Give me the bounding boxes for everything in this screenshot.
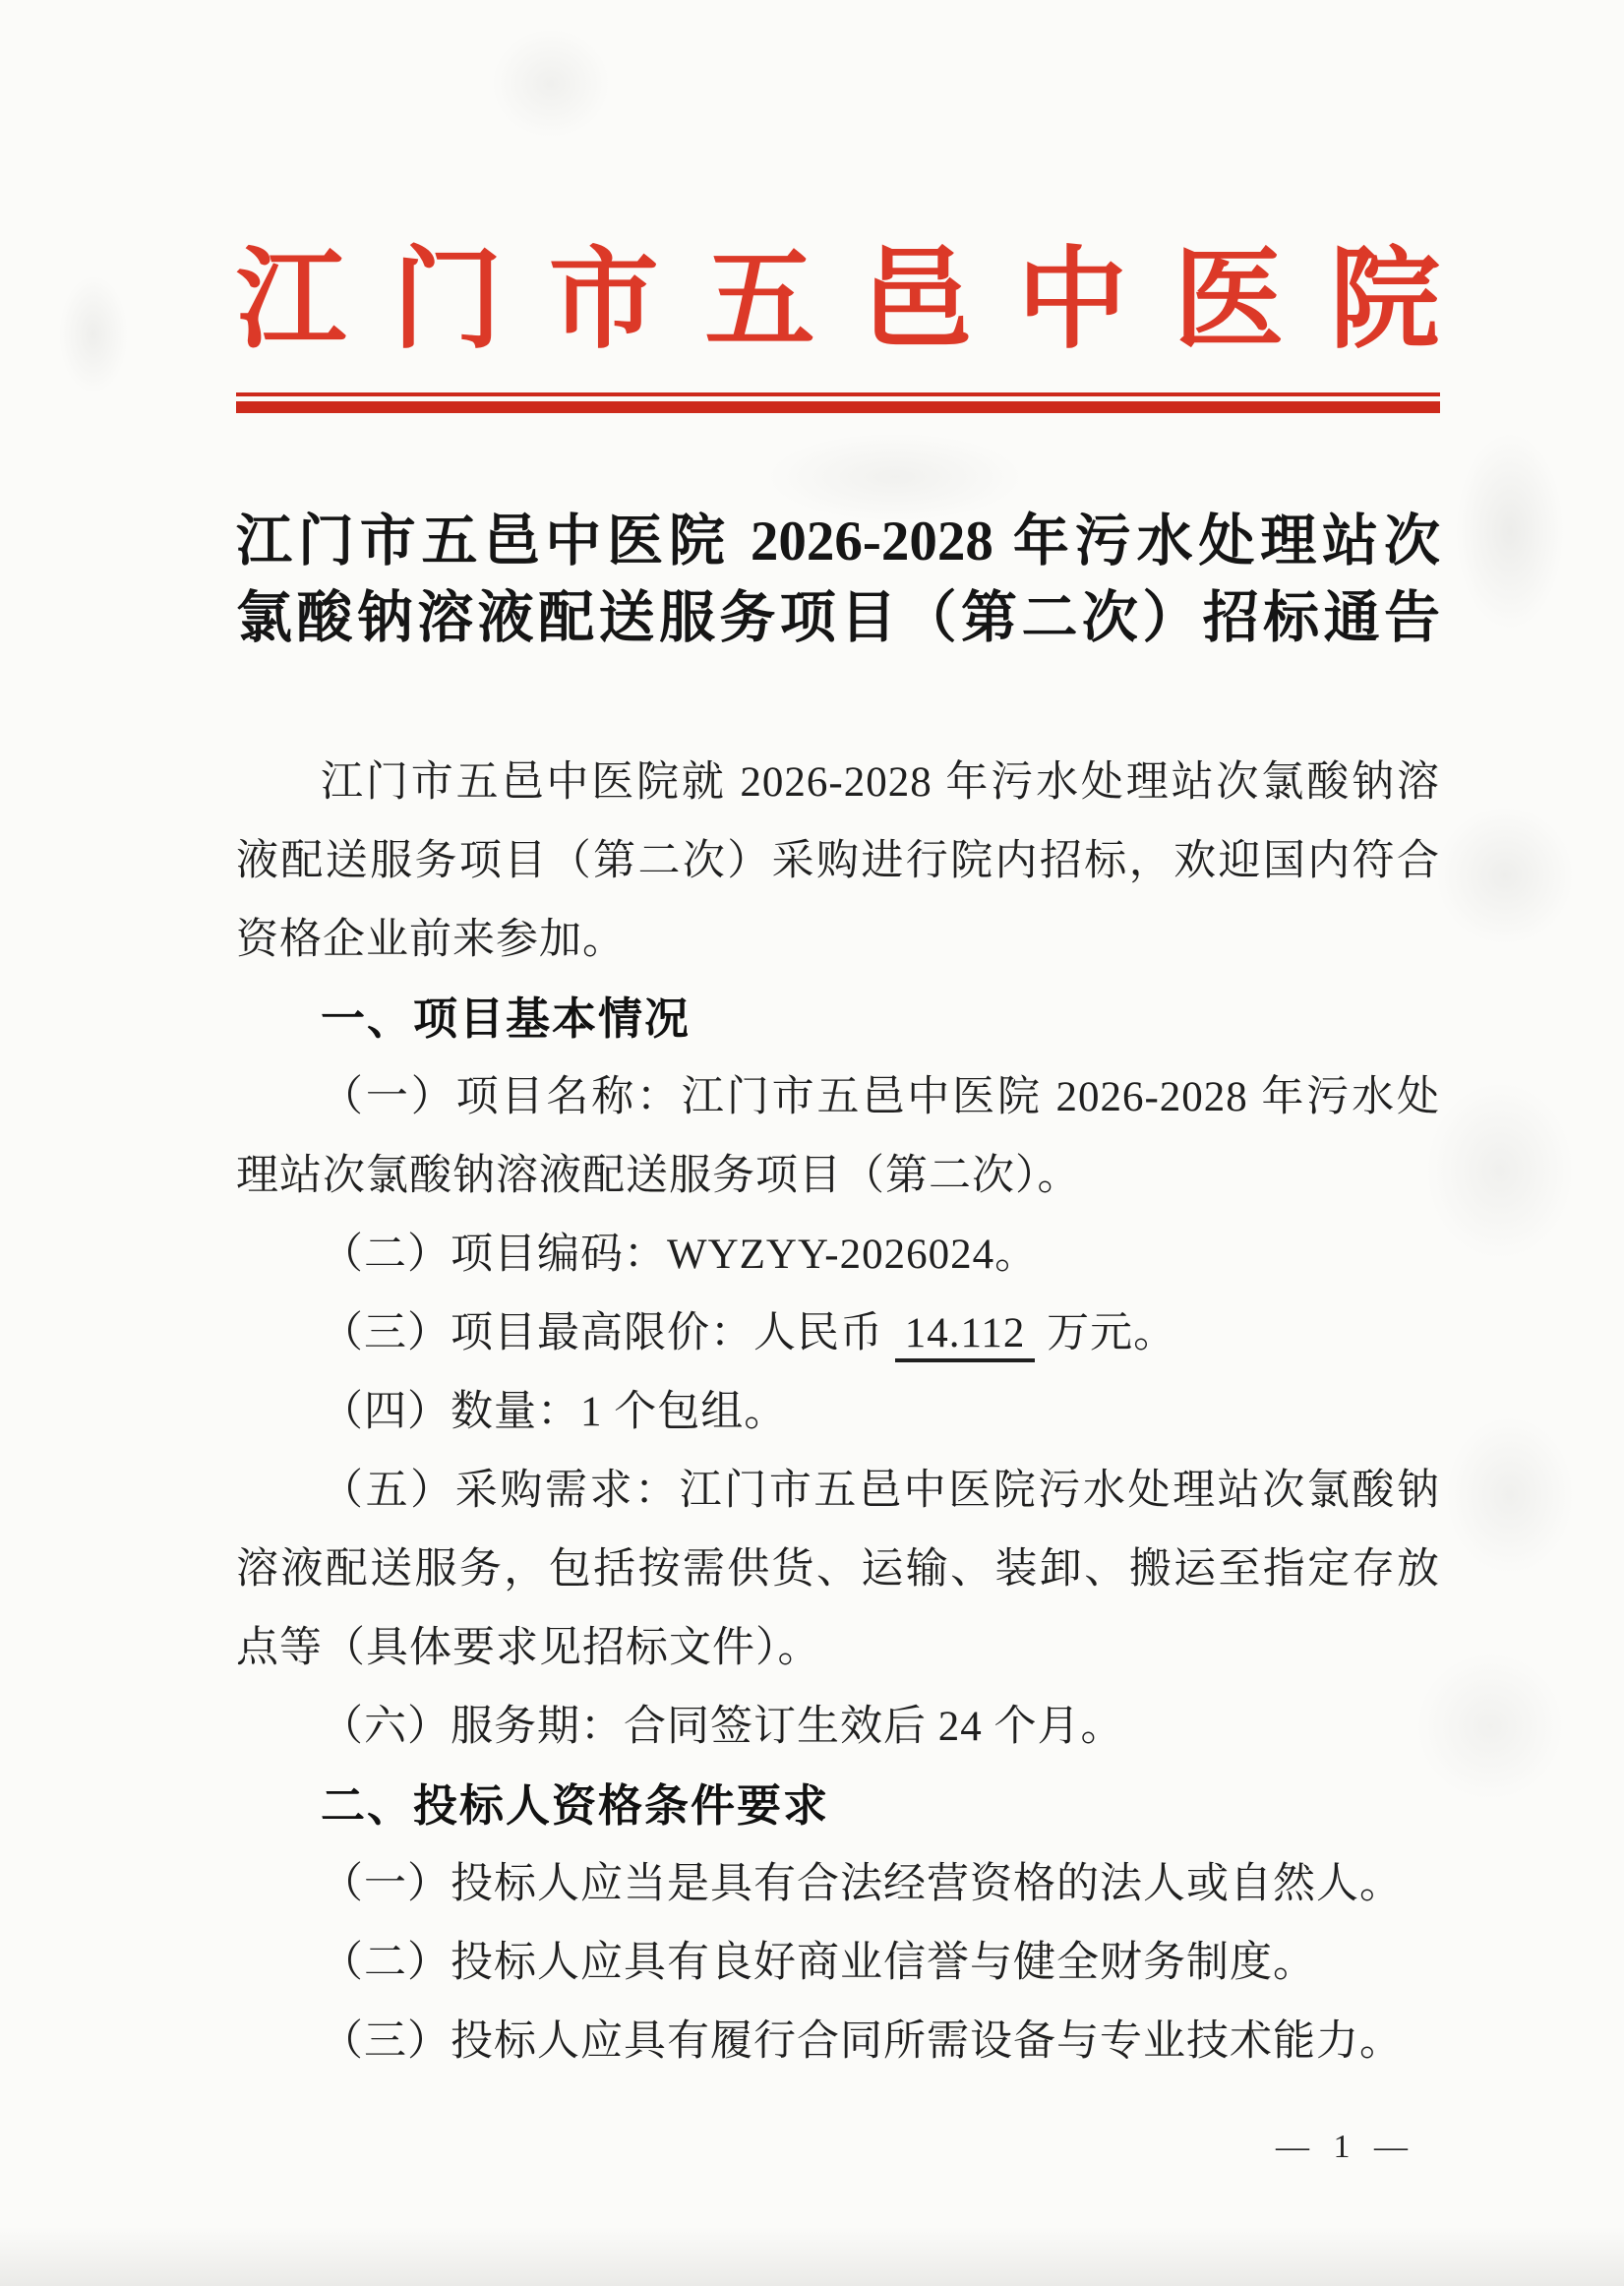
section-1-item-3: （三）项目最高限价：人民币 14.112 万元。 (236, 1294, 1440, 1373)
section-1-item-5-line-2: 溶液配送服务，包括按需供货、运输、装卸、搬运至指定存放 (236, 1531, 1440, 1609)
section-1-item-2: （二）项目编码：WYZYY-2026024。 (236, 1216, 1440, 1294)
document-title-line-2: 氯酸钠溶液配送服务项目（第二次）招标通告 (236, 580, 1440, 657)
section-2-item-2: （二）投标人应具有良好商业信誉与健全财务制度。 (236, 1924, 1440, 2003)
masthead-rule-thick (236, 401, 1440, 413)
section-1-item-4: （四）数量：1 个包组。 (236, 1373, 1440, 1452)
document-page: 江门市五邑中医院 江门市五邑中医院 2026-2028 年污水处理站次 氯酸钠溶… (0, 0, 1624, 2286)
document-body: 江门市五邑中医院就 2026-2028 年污水处理站次氯酸钠溶 液配送服务项目（… (236, 744, 1440, 2081)
item-3-prefix: （三）项目最高限价：人民币 (321, 1310, 895, 1356)
intro-line-3: 资格企业前来参加。 (236, 901, 1440, 980)
section-1-item-1-line-2: 理站次氯酸钠溶液配送服务项目（第二次）。 (236, 1137, 1440, 1216)
scan-smudge (59, 275, 128, 393)
section-1-item-5-line-3: 点等（具体要求见招标文件）。 (236, 1609, 1440, 1688)
intro-line-2: 液配送服务项目（第二次）采购进行院内招标，欢迎国内符合 (236, 822, 1440, 901)
document-title: 江门市五邑中医院 2026-2028 年污水处理站次 氯酸钠溶液配送服务项目（第… (236, 504, 1440, 657)
section-1-item-1-line-1: （一）项目名称：江门市五邑中医院 2026-2028 年污水处 (236, 1058, 1440, 1137)
masthead-char: 院 (1330, 232, 1440, 370)
masthead-char: 中 (1017, 232, 1127, 370)
masthead-char: 市 (549, 232, 659, 370)
masthead-char: 江 (236, 232, 346, 370)
masthead-char: 医 (1173, 232, 1284, 370)
scan-smudge (1436, 807, 1574, 944)
document-title-line-1: 江门市五邑中医院 2026-2028 年污水处理站次 (236, 504, 1440, 580)
intro-line-1: 江门市五邑中医院就 2026-2028 年污水处理站次氯酸钠溶 (236, 744, 1440, 822)
hospital-masthead-title: 江门市五邑中医院 (236, 232, 1440, 372)
scan-smudge (1446, 1416, 1574, 1574)
masthead-rule-thin (236, 392, 1440, 396)
masthead-char: 门 (392, 232, 503, 370)
max-price-value: 14.112 (895, 1310, 1036, 1362)
scan-smudge (492, 30, 610, 138)
section-1-item-6: （六）服务期：合同签订生效后 24 个月。 (236, 1688, 1440, 1767)
page-number: — 1 — (1276, 2129, 1415, 2166)
scan-bottom-shade (0, 2227, 1624, 2286)
section-1-heading: 一、项目基本情况 (236, 980, 1440, 1058)
section-2-heading: 二、投标人资格条件要求 (236, 1767, 1440, 1845)
section-1-item-5-line-1: （五）采购需求：江门市五邑中医院污水处理站次氯酸钠 (236, 1452, 1440, 1531)
item-3-suffix: 万元。 (1035, 1310, 1176, 1356)
masthead-char: 邑 (861, 232, 971, 370)
masthead-char: 五 (705, 232, 815, 370)
section-2-item-3: （三）投标人应具有履行合同所需设备与专业技术能力。 (236, 2003, 1440, 2081)
scan-smudge (1456, 433, 1564, 630)
scan-smudge (1426, 1082, 1574, 1259)
section-2-item-1: （一）投标人应当是具有合法经营资格的法人或自然人。 (236, 1845, 1440, 1924)
